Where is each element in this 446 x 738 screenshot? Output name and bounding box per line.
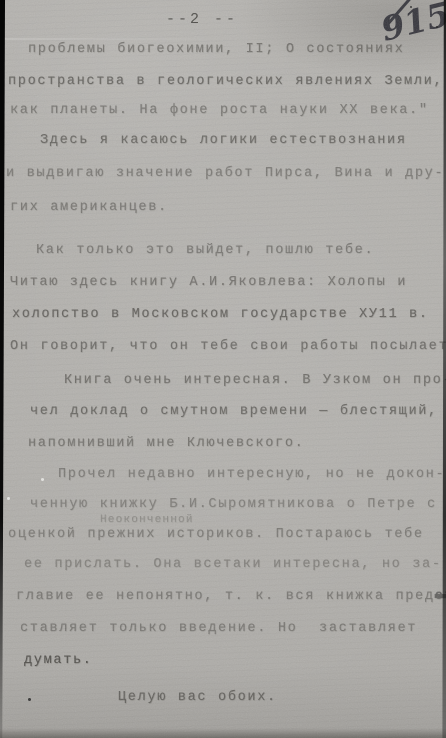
text-line: чел доклад о смутном времени — блестящий…: [30, 404, 438, 419]
text-line: ее прислать. Она всетаки интересна, но з…: [24, 557, 442, 572]
text-line: пространства в геологических явлениях Зе…: [8, 74, 443, 89]
dust-speck: [7, 497, 10, 500]
paper-speck: [436, 26, 438, 28]
text-line: Неоконченной: [100, 514, 194, 526]
paper-speck: [28, 698, 31, 701]
paper-speck: [410, 6, 412, 8]
text-line: главие ее непонятно, т. к. вся книжка пр…: [16, 589, 446, 604]
text-line: Он говорит, что он тебе свои работы посы…: [10, 339, 446, 354]
text-line: ставляет только введение. Но заставляет: [20, 621, 417, 636]
letter-body: проблемы биогеохимии, II; О состоянияхпр…: [0, 0, 446, 738]
scanned-letter-page: --2 -- 915 проблемы биогеохимии, II; О с…: [0, 0, 446, 738]
text-line: Целую вас обоих.: [118, 690, 277, 705]
text-line: ченную книжку Б.И.Сыромятникова о Петре …: [30, 497, 437, 512]
text-line: Как только это выйдет, пошлю тебе.: [36, 243, 374, 258]
text-line: думать.: [24, 653, 93, 668]
text-line: Здесь я касаюсь логики естествознания: [40, 133, 407, 148]
text-line: Прочел недавно интересную, но не докон-: [58, 467, 445, 482]
text-line: Читаю здесь книгу А.И.Яковлева: Холопы и: [10, 275, 407, 290]
text-line: проблемы биогеохимии, II; О состояниях: [28, 42, 404, 57]
text-line: как планеты. На фоне роста науки XX века…: [10, 103, 429, 118]
text-line: оценкой прежних историков. Постараюсь те…: [8, 527, 424, 542]
text-line: Книга очень интересная. В Узком он про-: [64, 373, 446, 388]
text-line: холопство в Московском государстве ХУ11 …: [12, 307, 429, 322]
text-line: гих американцев.: [10, 200, 168, 215]
dust-speck: [41, 478, 44, 481]
scan-bottom-shadow: [0, 728, 446, 738]
text-line: напомнивший мне Ключевского.: [28, 436, 304, 451]
text-line: и выдвигаю значение работ Пирса, Вина и …: [6, 166, 444, 181]
